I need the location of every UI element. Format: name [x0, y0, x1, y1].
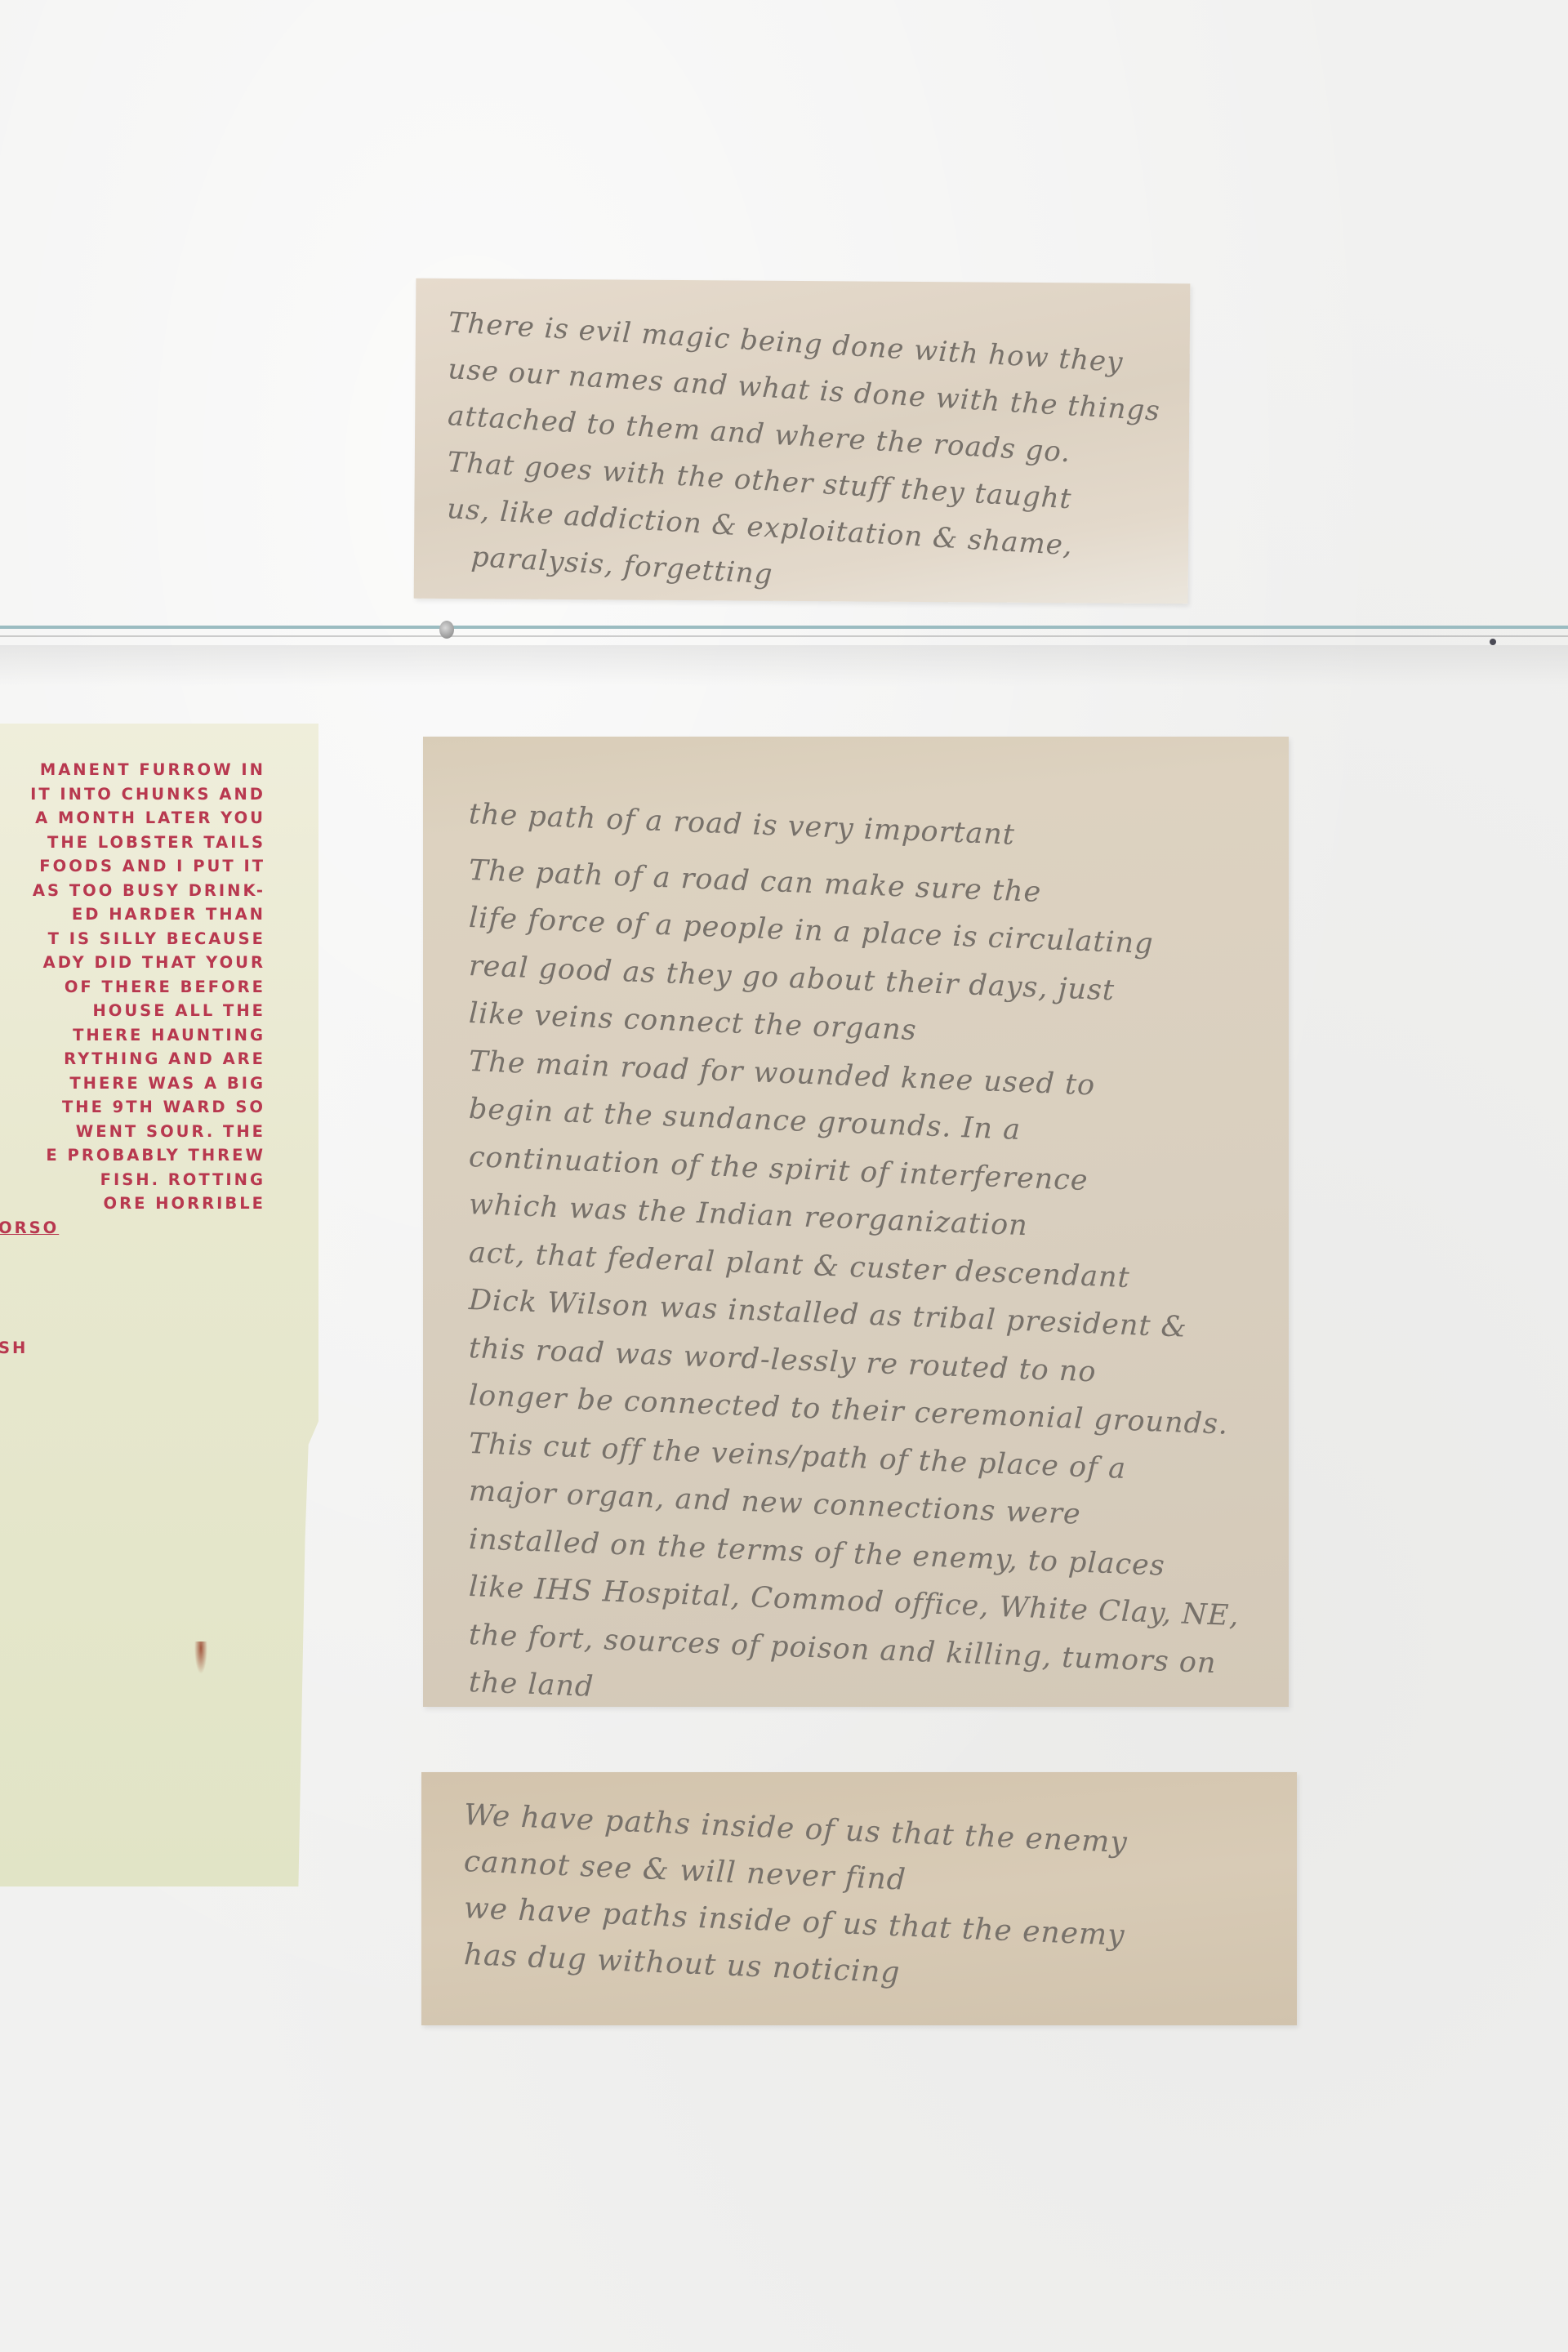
ink-stain: [194, 1641, 207, 1674]
note-line: ORE HORRIBLE: [0, 1192, 265, 1216]
note-line: AS TOO BUSY DRINK-: [0, 879, 265, 903]
glass-shelf-shadow: [0, 635, 1568, 637]
note-line: IT INTO CHUNKS AND: [0, 782, 265, 807]
pencil-note-middle: the path of a road is very important The…: [423, 737, 1289, 1707]
glass-shelf: [0, 626, 1568, 629]
note-line: A MONTH LATER YOU: [0, 806, 265, 831]
note-line: FISH. ROTTING: [0, 1168, 265, 1192]
note-line: ADY DID THAT YOUR: [0, 951, 265, 975]
pencil-note-bottom: We have paths inside of us that the enem…: [421, 1772, 1297, 2025]
pin-icon: [439, 621, 454, 639]
note-line: FOODS AND I PUT IT: [0, 854, 265, 879]
note-signature: SH: [0, 1336, 280, 1361]
note-line: E PROBABLY THREW: [0, 1143, 265, 1168]
note-line: T IS SILLY BECAUSE: [0, 927, 265, 951]
note-line: OF THERE BEFORE: [0, 975, 265, 1000]
pencil-note-top: There is evil magic being done with how …: [414, 278, 1191, 604]
nail-icon: [1490, 639, 1496, 645]
note-line: WENT SOUR. THE: [0, 1120, 265, 1144]
note-line-underlined: ORSO: [0, 1216, 280, 1241]
shelf-shadow-glow: [0, 645, 1568, 686]
note-line: MANENT FURROW IN: [0, 758, 265, 782]
yellow-sheet-note: MANENT FURROW IN IT INTO CHUNKS AND A MO…: [0, 724, 318, 1886]
note-line: HOUSE ALL THE: [0, 999, 265, 1023]
note-line: RYTHING AND ARE: [0, 1047, 265, 1071]
note-line: THE LOBSTER TAILS: [0, 831, 265, 855]
note-line: THERE WAS A BIG: [0, 1071, 265, 1096]
note-line: THE 9TH WARD SO: [0, 1095, 265, 1120]
note-line: ED HARDER THAN: [0, 902, 265, 927]
note-line: THERE HAUNTING: [0, 1023, 265, 1048]
